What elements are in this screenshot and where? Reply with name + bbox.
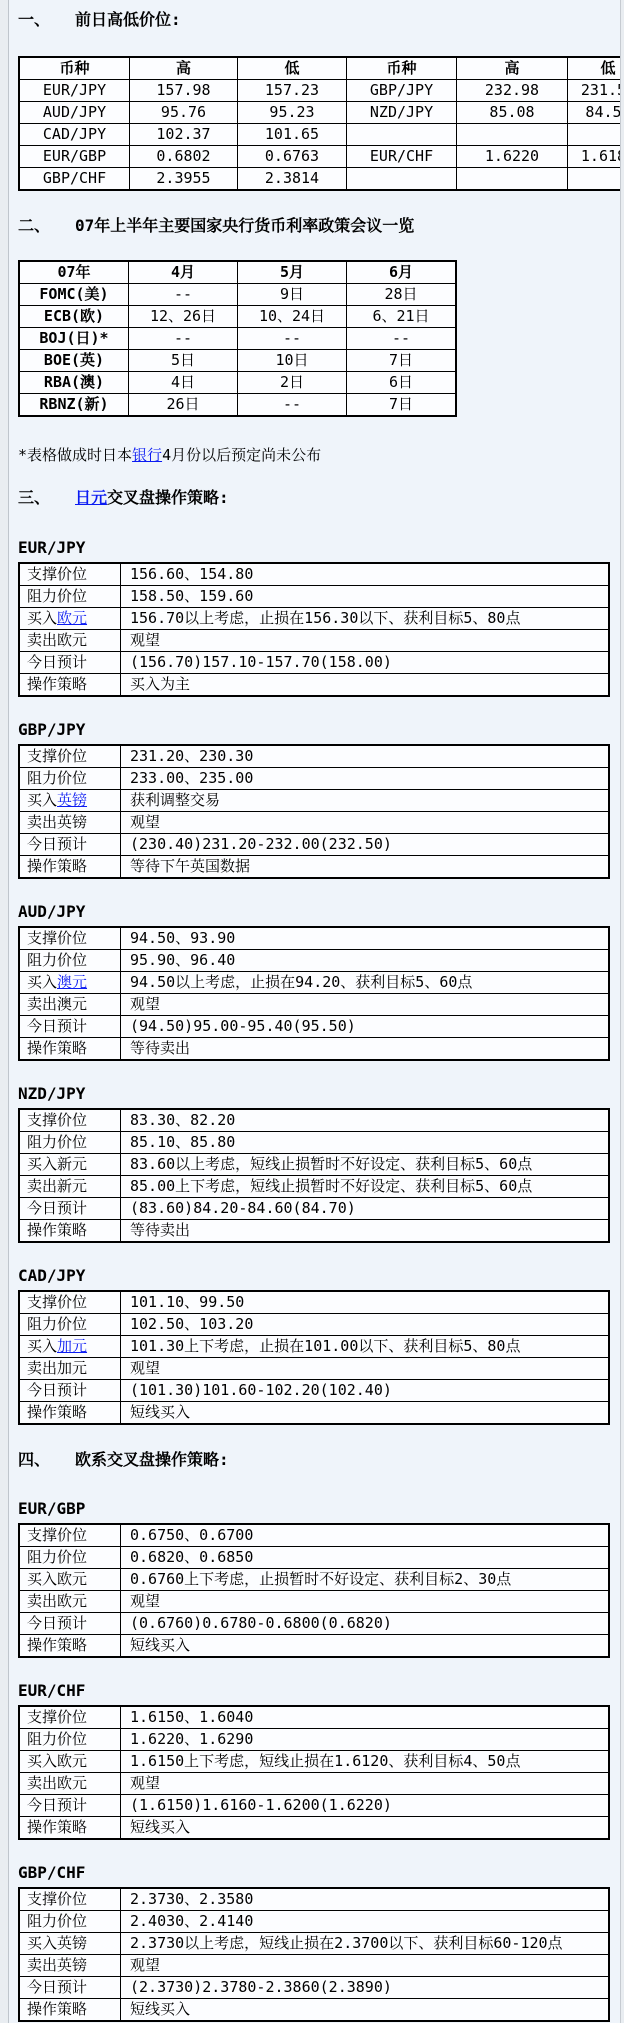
- strategy-row-value: 短线买入: [121, 1635, 610, 1658]
- strategy-row: 今日预计(94.50)95.00-95.40(95.50): [19, 1016, 609, 1038]
- strategy-row-value: (101.30)101.60-102.20(102.40): [121, 1380, 610, 1402]
- strategy-row-label: 卖出加元: [19, 1358, 121, 1380]
- strategy-row: 操作策略买入为主: [19, 674, 609, 697]
- pair-title: GBP/CHF: [18, 1863, 624, 1882]
- strategy-row: 操作策略短线买入: [19, 1402, 609, 1425]
- column-header: 低: [568, 57, 624, 80]
- strategy-row-label-text: 买入: [27, 973, 57, 991]
- strategy-row-value: 观望: [121, 812, 610, 834]
- table-cell: 2.3814: [238, 168, 347, 191]
- strategy-row: 卖出欧元观望: [19, 1591, 609, 1613]
- strategy-row-label: 今日预计: [19, 1977, 121, 1999]
- table-cell: 10、24日: [238, 306, 347, 328]
- strategy-row: 卖出澳元观望: [19, 994, 609, 1016]
- table-cell: 232.98: [457, 80, 568, 102]
- strategy-row: 今日预计(0.6760)0.6780-0.6800(0.6820): [19, 1613, 609, 1635]
- column-header: 6月: [347, 261, 457, 284]
- table-cell: [347, 168, 457, 191]
- table-cell: 157.23: [238, 80, 347, 102]
- strategy-row-label-text: 买入: [27, 609, 57, 627]
- strategy-row-label: 今日预计: [19, 1016, 121, 1038]
- strategy-table: 支撑价位1.6150、1.6040阻力价位1.6220、1.6290买入欧元1.…: [18, 1705, 610, 1840]
- strategy-row-value: 观望: [121, 994, 610, 1016]
- strategy-row-label: 买入欧元: [19, 1569, 121, 1591]
- strategy-row: 今日预计(230.40)231.20-232.00(232.50): [19, 834, 609, 856]
- strategy-row-value: (230.40)231.20-232.00(232.50): [121, 834, 610, 856]
- strategy-row-label: 卖出英镑: [19, 1955, 121, 1977]
- strategy-table: 支撑价位2.3730、2.3580阻力价位2.4030、2.4140买入英镑2.…: [18, 1887, 610, 2022]
- strategy-row-value: 94.50、93.90: [121, 927, 610, 950]
- strategy-row-label: 支撑价位: [19, 563, 121, 586]
- forex-report-page: 一、前日高低价位: 币种高低币种高低EUR/JPY157.98157.23GBP…: [18, 0, 624, 2022]
- strategy-row-value: 83.60以上考虑，短线止损暂时不好设定、获利目标5、60点: [121, 1154, 610, 1176]
- strategy-row: 买入欧元0.6760上下考虑，止损暂时不好设定、获利目标2、30点: [19, 1569, 609, 1591]
- window-right-edge: [620, 0, 624, 2023]
- table-row: AUD/JPY95.7695.23NZD/JPY85.0884.59: [19, 102, 624, 124]
- jpy-strategy-group: EUR/JPY支撑价位156.60、154.80阻力价位158.50、159.6…: [18, 538, 624, 1425]
- table-cell: 85.08: [457, 102, 568, 124]
- strategy-row-value: 买入为主: [121, 674, 610, 697]
- strategy-row-value: 158.50、159.60: [121, 586, 610, 608]
- strategy-row-label: 阻力价位: [19, 1314, 121, 1336]
- section-title: 前日高低价位:: [75, 10, 181, 29]
- strategy-row-value: 2.3730以上考虑，短线止损在2.3700以下、获利目标60-120点: [121, 1933, 610, 1955]
- table-cell: 7日: [347, 350, 457, 372]
- table-cell: [568, 124, 624, 146]
- strategy-row-value: (156.70)157.10-157.70(158.00): [121, 652, 610, 674]
- table-row: BOE(英)5日10日7日: [19, 350, 456, 372]
- bank-link[interactable]: 银行: [132, 446, 162, 464]
- strategy-block-eur-chf: EUR/CHF支撑价位1.6150、1.6040阻力价位1.6220、1.629…: [18, 1681, 624, 1840]
- section-heading-prev-day-prices: 一、前日高低价位:: [18, 10, 624, 29]
- strategy-row-label: 买入新元: [19, 1154, 121, 1176]
- currency-link[interactable]: 加元: [57, 1337, 87, 1355]
- strategy-row-value: 0.6760上下考虑，止损暂时不好设定、获利目标2、30点: [121, 1569, 610, 1591]
- section-number: 四、: [18, 1450, 75, 1469]
- section-title: 欧系交叉盘操作策略:: [75, 1450, 229, 1469]
- strategy-row-value: (83.60)84.20-84.60(84.70): [121, 1198, 610, 1220]
- strategy-row-value: 观望: [121, 1591, 610, 1613]
- section-number: 二、: [18, 216, 75, 235]
- currency-link[interactable]: 澳元: [57, 973, 87, 991]
- strategy-row: 操作策略短线买入: [19, 1817, 609, 1840]
- pair-title: GBP/JPY: [18, 720, 624, 739]
- table-cell: CAD/JPY: [19, 124, 130, 146]
- strategy-row-label: 买入欧元: [19, 1751, 121, 1773]
- table-cell: EUR/GBP: [19, 146, 130, 168]
- strategy-row-label: 操作策略: [19, 1402, 121, 1425]
- strategy-row-label: 今日预计: [19, 1613, 121, 1635]
- strategy-row-value: 观望: [121, 1773, 610, 1795]
- strategy-row: 卖出加元观望: [19, 1358, 609, 1380]
- strategy-row-label: 卖出澳元: [19, 994, 121, 1016]
- strategy-row: 阻力价位1.6220、1.6290: [19, 1729, 609, 1751]
- strategy-row-value: 101.30上下考虑，止损在101.00以下、获利目标5、80点: [121, 1336, 610, 1358]
- section-heading-jpy-cross-strategy: 三、日元交叉盘操作策略:: [18, 488, 624, 507]
- strategy-block-gbp-jpy: GBP/JPY支撑价位231.20、230.30阻力价位233.00、235.0…: [18, 720, 624, 879]
- strategy-row: 支撑价位156.60、154.80: [19, 563, 609, 586]
- strategy-row-label: 支撑价位: [19, 745, 121, 768]
- eur-strategy-group: EUR/GBP支撑价位0.6750、0.6700阻力价位0.6820、0.685…: [18, 1499, 624, 2022]
- strategy-row: 买入欧元1.6150上下考虑，短线止损在1.6120、获利目标4、50点: [19, 1751, 609, 1773]
- strategy-row-value: (94.50)95.00-95.40(95.50): [121, 1016, 610, 1038]
- table-cell: EUR/CHF: [347, 146, 457, 168]
- strategy-block-cad-jpy: CAD/JPY支撑价位101.10、99.50阻力价位102.50、103.20…: [18, 1266, 624, 1425]
- table-row: RBNZ(新)26日--7日: [19, 394, 456, 417]
- strategy-row-value: 101.10、99.50: [121, 1291, 610, 1314]
- strategy-table: 支撑价位83.30、82.20阻力价位85.10、85.80买入新元83.60以…: [18, 1108, 610, 1243]
- table-cell: FOMC(美): [19, 284, 129, 306]
- table-cell: 12、26日: [129, 306, 238, 328]
- pair-title: CAD/JPY: [18, 1266, 624, 1285]
- strategy-row: 操作策略等待卖出: [19, 1038, 609, 1061]
- strategy-row: 操作策略等待卖出: [19, 1220, 609, 1243]
- table-cell: 5日: [129, 350, 238, 372]
- strategy-row-label: 操作策略: [19, 856, 121, 879]
- table-cell: EUR/JPY: [19, 80, 130, 102]
- footnote-text: 4月份以后预定尚未公布: [162, 446, 321, 464]
- strategy-row-label: 买入欧元: [19, 608, 121, 630]
- table-row: CAD/JPY102.37101.65: [19, 124, 624, 146]
- strategy-row-value: 获利调整交易: [121, 790, 610, 812]
- strategy-row-label: 阻力价位: [19, 1911, 121, 1933]
- table-row: RBA(澳)4日2日6日: [19, 372, 456, 394]
- pair-title: EUR/GBP: [18, 1499, 624, 1518]
- strategy-row-value: 83.30、82.20: [121, 1109, 610, 1132]
- strategy-row-value: 2.3730、2.3580: [121, 1888, 610, 1911]
- strategy-row-label: 阻力价位: [19, 1132, 121, 1154]
- window-left-edge: [0, 0, 9, 2023]
- strategy-row-label: 支撑价位: [19, 1524, 121, 1547]
- strategy-row: 阻力价位95.90、96.40: [19, 950, 609, 972]
- table-cell: BOJ(日)*: [19, 328, 129, 350]
- table-cell: 0.6763: [238, 146, 347, 168]
- strategy-row-value: (2.3730)2.3780-2.3860(2.3890): [121, 1977, 610, 1999]
- strategy-row-label: 阻力价位: [19, 586, 121, 608]
- strategy-row: 支撑价位0.6750、0.6700: [19, 1524, 609, 1547]
- strategy-row-value: (0.6760)0.6780-0.6800(0.6820): [121, 1613, 610, 1635]
- strategy-row: 卖出新元85.00上下考虑，短线止损暂时不好设定、获利目标5、60点: [19, 1176, 609, 1198]
- table-cell: [457, 124, 568, 146]
- strategy-row-value: 2.4030、2.4140: [121, 1911, 610, 1933]
- strategy-row-value: 短线买入: [121, 1402, 610, 1425]
- strategy-row-label: 今日预计: [19, 1380, 121, 1402]
- strategy-row-label: 支撑价位: [19, 1706, 121, 1729]
- strategy-block-eur-gbp: EUR/GBP支撑价位0.6750、0.6700阻力价位0.6820、0.685…: [18, 1499, 624, 1658]
- strategy-row: 支撑价位83.30、82.20: [19, 1109, 609, 1132]
- table-cell: NZD/JPY: [347, 102, 457, 124]
- strategy-row: 操作策略短线买入: [19, 1999, 609, 2022]
- table-cell: --: [129, 328, 238, 350]
- strategy-row-value: 1.6220、1.6290: [121, 1729, 610, 1751]
- section-number: 一、: [18, 10, 75, 29]
- pair-title: AUD/JPY: [18, 902, 624, 921]
- column-header: 低: [238, 57, 347, 80]
- strategy-row: 今日预计(2.3730)2.3780-2.3860(2.3890): [19, 1977, 609, 1999]
- strategy-row-label: 支撑价位: [19, 1109, 121, 1132]
- column-header: 高: [130, 57, 238, 80]
- table-cell: 95.76: [130, 102, 238, 124]
- strategy-row: 阻力价位158.50、159.60: [19, 586, 609, 608]
- table-cell: 95.23: [238, 102, 347, 124]
- strategy-row-value: 233.00、235.00: [121, 768, 610, 790]
- table-cell: --: [238, 394, 347, 417]
- strategy-row-label: 支撑价位: [19, 1291, 121, 1314]
- column-header: 4月: [129, 261, 238, 284]
- table-cell: 2日: [238, 372, 347, 394]
- strategy-row-label-text: 买入: [27, 1337, 57, 1355]
- strategy-row: 今日预计(1.6150)1.6160-1.6200(1.6220): [19, 1795, 609, 1817]
- strategy-row-value: 1.6150、1.6040: [121, 1706, 610, 1729]
- strategy-table: 支撑价位94.50、93.90阻力价位95.90、96.40买入澳元94.50以…: [18, 926, 610, 1061]
- strategy-row: 卖出欧元观望: [19, 630, 609, 652]
- footnote: *表格做成时日本银行4月份以后预定尚未公布: [18, 446, 624, 464]
- strategy-row-label: 今日预计: [19, 834, 121, 856]
- table-cell: 6、21日: [347, 306, 457, 328]
- table-cell: --: [238, 328, 347, 350]
- table-cell: 28日: [347, 284, 457, 306]
- table-cell: RBNZ(新): [19, 394, 129, 417]
- strategy-table: 支撑价位0.6750、0.6700阻力价位0.6820、0.6850买入欧元0.…: [18, 1523, 610, 1658]
- strategy-row-value: 0.6750、0.6700: [121, 1524, 610, 1547]
- table-cell: BOE(英): [19, 350, 129, 372]
- price-table: 币种高低币种高低EUR/JPY157.98157.23GBP/JPY232.98…: [18, 56, 624, 191]
- table-cell: [347, 124, 457, 146]
- table-cell: 9日: [238, 284, 347, 306]
- section-title: 07年上半年主要国家央行货币利率政策会议一览: [75, 216, 414, 235]
- meeting-table: 07年4月5月6月FOMC(美)--9日28日ECB(欧)12、26日10、24…: [18, 260, 457, 417]
- table-cell: 6日: [347, 372, 457, 394]
- strategy-row: 操作策略等待下午英国数据: [19, 856, 609, 879]
- pair-title: NZD/JPY: [18, 1084, 624, 1103]
- strategy-row-value: 观望: [121, 630, 610, 652]
- column-header: 5月: [238, 261, 347, 284]
- strategy-row-value: (1.6150)1.6160-1.6200(1.6220): [121, 1795, 610, 1817]
- table-cell: --: [129, 284, 238, 306]
- table-cell: 7日: [347, 394, 457, 417]
- footnote-text: *表格做成时日本: [18, 446, 132, 464]
- pair-title: EUR/JPY: [18, 538, 624, 557]
- strategy-block-nzd-jpy: NZD/JPY支撑价位83.30、82.20阻力价位85.10、85.80买入新…: [18, 1084, 624, 1243]
- table-row: FOMC(美)--9日28日: [19, 284, 456, 306]
- table-row: GBP/CHF2.39552.3814: [19, 168, 624, 191]
- strategy-row-label: 卖出英镑: [19, 812, 121, 834]
- table-cell: [457, 168, 568, 191]
- table-row: EUR/JPY157.98157.23GBP/JPY232.98231.52: [19, 80, 624, 102]
- section-heading-eur-cross-strategy: 四、欧系交叉盘操作策略:: [18, 1450, 624, 1469]
- table-cell: 84.59: [568, 102, 624, 124]
- strategy-row: 今日预计(83.60)84.20-84.60(84.70): [19, 1198, 609, 1220]
- strategy-row-value: 观望: [121, 1955, 610, 1977]
- strategy-row: 阻力价位0.6820、0.6850: [19, 1547, 609, 1569]
- strategy-row: 卖出欧元观望: [19, 1773, 609, 1795]
- strategy-row-label: 支撑价位: [19, 1888, 121, 1911]
- strategy-row: 买入英镑2.3730以上考虑，短线止损在2.3700以下、获利目标60-120点: [19, 1933, 609, 1955]
- strategy-row: 今日预计(156.70)157.10-157.70(158.00): [19, 652, 609, 674]
- header-row: 币种高低币种高低: [19, 57, 624, 80]
- strategy-row-label: 卖出欧元: [19, 1773, 121, 1795]
- currency-link[interactable]: 英镑: [57, 791, 87, 809]
- strategy-row-label: 阻力价位: [19, 1547, 121, 1569]
- strategy-row: 阻力价位102.50、103.20: [19, 1314, 609, 1336]
- strategy-row-value: 102.50、103.20: [121, 1314, 610, 1336]
- table-cell: ECB(欧): [19, 306, 129, 328]
- table-cell: GBP/CHF: [19, 168, 130, 191]
- currency-link[interactable]: 欧元: [57, 609, 87, 627]
- strategy-row-label: 操作策略: [19, 1038, 121, 1061]
- strategy-row-label: 今日预计: [19, 1795, 121, 1817]
- strategy-row: 支撑价位94.50、93.90: [19, 927, 609, 950]
- strategy-row: 买入加元101.30上下考虑，止损在101.00以下、获利目标5、80点: [19, 1336, 609, 1358]
- table-cell: 102.37: [130, 124, 238, 146]
- strategy-row-label: 买入英镑: [19, 790, 121, 812]
- strategy-row: 买入澳元94.50以上考虑，止损在94.20、获利目标5、60点: [19, 972, 609, 994]
- strategy-row: 支撑价位1.6150、1.6040: [19, 1706, 609, 1729]
- table-cell: 2.3955: [130, 168, 238, 191]
- table-cell: GBP/JPY: [347, 80, 457, 102]
- strategy-row-value: 231.20、230.30: [121, 745, 610, 768]
- strategy-row-label: 买入澳元: [19, 972, 121, 994]
- strategy-row-label: 买入英镑: [19, 1933, 121, 1955]
- header-row: 07年4月5月6月: [19, 261, 456, 284]
- strategy-table: 支撑价位156.60、154.80阻力价位158.50、159.60买入欧元15…: [18, 562, 610, 697]
- strategy-row: 卖出英镑观望: [19, 1955, 609, 1977]
- table-cell: 10日: [238, 350, 347, 372]
- strategy-row-label: 今日预计: [19, 652, 121, 674]
- strategy-row: 阻力价位233.00、235.00: [19, 768, 609, 790]
- strategy-row-label: 卖出欧元: [19, 1591, 121, 1613]
- strategy-block-eur-jpy: EUR/JPY支撑价位156.60、154.80阻力价位158.50、159.6…: [18, 538, 624, 697]
- strategy-row-label: 操作策略: [19, 1999, 121, 2022]
- strategy-row-value: 0.6820、0.6850: [121, 1547, 610, 1569]
- strategy-row-value: 85.00上下考虑，短线止损暂时不好设定、获利目标5、60点: [121, 1176, 610, 1198]
- strategy-row: 支撑价位101.10、99.50: [19, 1291, 609, 1314]
- table-cell: 1.6189: [568, 146, 624, 168]
- table-cell: 0.6802: [130, 146, 238, 168]
- strategy-row-label: 操作策略: [19, 1220, 121, 1243]
- strategy-row-label: 阻力价位: [19, 950, 121, 972]
- strategy-row: 支撑价位231.20、230.30: [19, 745, 609, 768]
- table-cell: RBA(澳): [19, 372, 129, 394]
- table-cell: --: [347, 328, 457, 350]
- strategy-row: 支撑价位2.3730、2.3580: [19, 1888, 609, 1911]
- strategy-row: 卖出英镑观望: [19, 812, 609, 834]
- strategy-block-gbp-chf: GBP/CHF支撑价位2.3730、2.3580阻力价位2.4030、2.414…: [18, 1863, 624, 2022]
- column-header: 07年: [19, 261, 129, 284]
- strategy-row-label: 操作策略: [19, 674, 121, 697]
- table-cell: 101.65: [238, 124, 347, 146]
- column-header: 高: [457, 57, 568, 80]
- strategy-row-value: 156.60、154.80: [121, 563, 610, 586]
- strategy-row-value: 短线买入: [121, 1999, 610, 2022]
- strategy-row-value: 94.50以上考虑，止损在94.20、获利目标5、60点: [121, 972, 610, 994]
- column-header: 币种: [19, 57, 130, 80]
- strategy-row: 阻力价位2.4030、2.4140: [19, 1911, 609, 1933]
- strategy-row-value: 1.6150上下考虑，短线止损在1.6120、获利目标4、50点: [121, 1751, 610, 1773]
- table-row: BOJ(日)*------: [19, 328, 456, 350]
- strategy-row-value: 85.10、85.80: [121, 1132, 610, 1154]
- table-cell: AUD/JPY: [19, 102, 130, 124]
- table-row: EUR/GBP0.68020.6763EUR/CHF1.62201.6189: [19, 146, 624, 168]
- strategy-row: 买入欧元156.70以上考虑，止损在156.30以下、获利目标5、80点: [19, 608, 609, 630]
- strategy-row-label: 支撑价位: [19, 927, 121, 950]
- table-row: ECB(欧)12、26日10、24日6、21日: [19, 306, 456, 328]
- strategy-row-value: 等待卖出: [121, 1038, 610, 1061]
- table-cell: 157.98: [130, 80, 238, 102]
- strategy-block-aud-jpy: AUD/JPY支撑价位94.50、93.90阻力价位95.90、96.40买入澳…: [18, 902, 624, 1061]
- table-cell: 231.52: [568, 80, 624, 102]
- strategy-row-value: 短线买入: [121, 1817, 610, 1840]
- strategy-row-label: 卖出欧元: [19, 630, 121, 652]
- table-cell: 26日: [129, 394, 238, 417]
- column-header: 币种: [347, 57, 457, 80]
- strategy-row-value: 156.70以上考虑，止损在156.30以下、获利目标5、80点: [121, 608, 610, 630]
- strategy-row: 今日预计(101.30)101.60-102.20(102.40): [19, 1380, 609, 1402]
- strategy-row: 阻力价位85.10、85.80: [19, 1132, 609, 1154]
- jpy-link[interactable]: 日元: [75, 488, 107, 507]
- strategy-row-value: 观望: [121, 1358, 610, 1380]
- strategy-row-label: 卖出新元: [19, 1176, 121, 1198]
- strategy-table: 支撑价位231.20、230.30阻力价位233.00、235.00买入英镑获利…: [18, 744, 610, 879]
- strategy-row-label: 阻力价位: [19, 1729, 121, 1751]
- strategy-row-label: 操作策略: [19, 1817, 121, 1840]
- strategy-row-label: 今日预计: [19, 1198, 121, 1220]
- strategy-row: 操作策略短线买入: [19, 1635, 609, 1658]
- table-cell: 4日: [129, 372, 238, 394]
- strategy-table: 支撑价位101.10、99.50阻力价位102.50、103.20买入加元101…: [18, 1290, 610, 1425]
- strategy-row-label-text: 买入: [27, 791, 57, 809]
- strategy-row-label: 买入加元: [19, 1336, 121, 1358]
- pair-title: EUR/CHF: [18, 1681, 624, 1700]
- strategy-row-value: 95.90、96.40: [121, 950, 610, 972]
- strategy-row-value: 等待下午英国数据: [121, 856, 610, 879]
- section-heading-central-bank-meetings: 二、07年上半年主要国家央行货币利率政策会议一览: [18, 216, 624, 235]
- strategy-row: 买入英镑获利调整交易: [19, 790, 609, 812]
- strategy-row-value: 等待卖出: [121, 1220, 610, 1243]
- section-number: 三、: [18, 488, 75, 507]
- table-cell: [568, 168, 624, 191]
- strategy-row-label: 阻力价位: [19, 768, 121, 790]
- strategy-row: 买入新元83.60以上考虑，短线止损暂时不好设定、获利目标5、60点: [19, 1154, 609, 1176]
- strategy-row-label: 操作策略: [19, 1635, 121, 1658]
- table-cell: 1.6220: [457, 146, 568, 168]
- section-title: 交叉盘操作策略:: [107, 488, 229, 507]
